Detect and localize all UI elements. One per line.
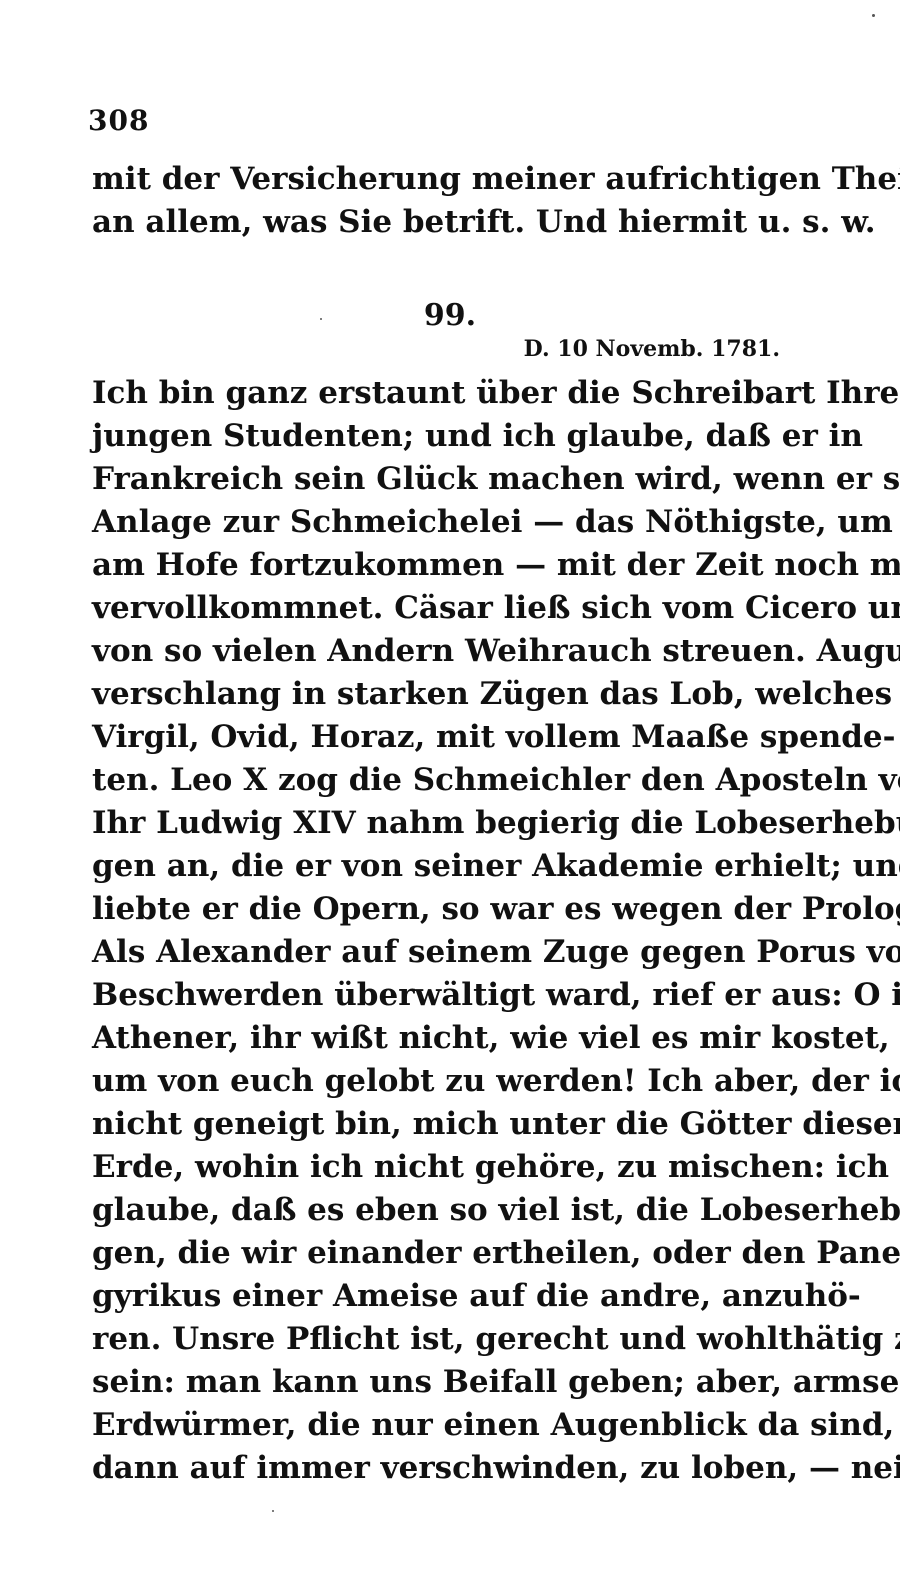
letter-body: Ich bin ganz erstaunt über die Schreibar… bbox=[92, 372, 808, 1490]
text-line: von so vielen Andern Weihrauch streuen. … bbox=[92, 630, 808, 673]
text-line: ren. Unsre Pflicht ist, gerecht und wohl… bbox=[92, 1318, 808, 1361]
text-line: gyrikus einer Ameise auf die andre, anzu… bbox=[92, 1275, 808, 1318]
text-line: liebte er die Opern, so war es wegen der… bbox=[92, 888, 808, 931]
scan-speck bbox=[272, 1510, 274, 1512]
text-line: Beschwerden überwältigt ward, rief er au… bbox=[92, 974, 808, 1017]
text-line: Ihr Ludwig XIV nahm begierig die Lobeser… bbox=[92, 802, 808, 845]
text-line: Erde, wohin ich nicht gehöre, zu mischen… bbox=[92, 1146, 808, 1189]
scan-speck bbox=[872, 14, 875, 17]
text-line: Virgil, Ovid, Horaz, mit vollem Maaße sp… bbox=[92, 716, 808, 759]
text-line: Ich bin ganz erstaunt über die Schreibar… bbox=[92, 372, 808, 415]
text-line: nicht geneigt bin, mich unter die Götter… bbox=[92, 1103, 808, 1146]
text-line: dann auf immer verschwinden, zu loben, —… bbox=[92, 1447, 808, 1490]
page-number: 308 bbox=[88, 104, 149, 137]
scan-speck bbox=[320, 318, 322, 320]
text-line: Frankreich sein Glück machen wird, wenn … bbox=[92, 458, 808, 501]
text-line: vervollkommnet. Cäsar ließ sich vom Cice… bbox=[92, 587, 808, 630]
book-page: 308 mit der Versicherung meiner aufricht… bbox=[0, 0, 900, 1585]
text-line: verschlang in starken Zügen das Lob, wel… bbox=[92, 673, 808, 716]
text-line: am Hofe fortzukommen — mit der Zeit noch… bbox=[92, 544, 808, 587]
text-line: Athener, ihr wißt nicht, wie viel es mir… bbox=[92, 1017, 808, 1060]
text-line: jungen Studenten; und ich glaube, daß er… bbox=[92, 415, 808, 458]
text-line: Als Alexander auf seinem Zuge gegen Poru… bbox=[92, 931, 808, 974]
text-line: Anlage zur Schmeichelei — das Nöthigste,… bbox=[92, 501, 808, 544]
text-line: gen, die wir einander ertheilen, oder de… bbox=[92, 1232, 808, 1275]
continuation-paragraph: mit der Versicherung meiner aufrichtigen… bbox=[92, 158, 808, 244]
text-line: glaube, daß es eben so viel ist, die Lob… bbox=[92, 1189, 808, 1232]
text-line: gen an, die er von seiner Akademie erhie… bbox=[92, 845, 808, 888]
text-line: um von euch gelobt zu werden! Ich aber, … bbox=[92, 1060, 808, 1103]
text-line: Erdwürmer, die nur einen Augenblick da s… bbox=[92, 1404, 808, 1447]
text-line: ten. Leo X zog die Schmeichler den Apost… bbox=[92, 759, 808, 802]
text-line: sein: man kann uns Beifall geben; aber, … bbox=[92, 1361, 808, 1404]
text-line: an allem, was Sie betrift. Und hiermit u… bbox=[92, 201, 808, 244]
letter-number: 99. bbox=[0, 298, 900, 333]
text-line: mit der Versicherung meiner aufrichtigen… bbox=[92, 158, 808, 201]
letter-date: D. 10 Novemb. 1781. bbox=[524, 336, 780, 362]
